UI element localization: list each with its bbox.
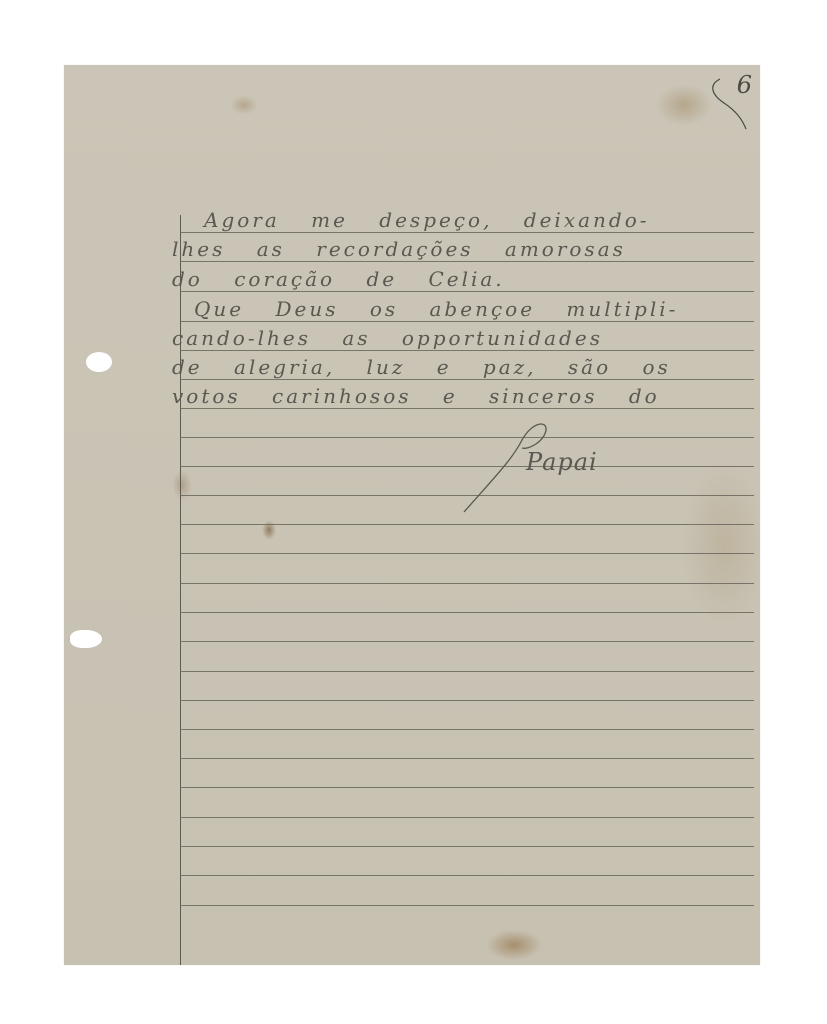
letter-line-7: votos carinhosos e sinceros do bbox=[172, 384, 752, 408]
ruled-line bbox=[180, 350, 754, 351]
ruled-line bbox=[180, 641, 754, 642]
ruled-line bbox=[180, 729, 754, 730]
ruled-line bbox=[180, 583, 754, 584]
signature: Papai bbox=[526, 448, 598, 476]
ruled-line bbox=[180, 787, 754, 788]
ruled-line bbox=[180, 671, 754, 672]
ruled-line bbox=[180, 612, 754, 613]
punch-hole-top bbox=[86, 352, 112, 372]
ruled-line bbox=[180, 817, 754, 818]
letter-line-1: Agora me despeço, deixando- bbox=[204, 208, 752, 232]
ruled-line bbox=[180, 524, 754, 525]
letter-line-2: lhes as recordações amorosas bbox=[172, 237, 752, 261]
ruled-line bbox=[180, 321, 754, 322]
ruled-line bbox=[180, 291, 754, 292]
letter-page: 6 Agora me despeço, deixando- lhes as re… bbox=[64, 65, 760, 965]
page-number: 6 bbox=[737, 71, 752, 99]
punch-hole-bottom bbox=[70, 630, 102, 648]
ruled-line bbox=[180, 846, 754, 847]
ruled-line bbox=[180, 905, 754, 906]
ruled-line bbox=[180, 379, 754, 380]
letter-line-3: do coração de Celia. bbox=[172, 267, 752, 291]
ruled-line bbox=[180, 758, 754, 759]
ruled-line bbox=[180, 553, 754, 554]
ruled-line bbox=[180, 232, 754, 233]
letter-line-6: de alegria, luz e paz, são os bbox=[172, 355, 752, 379]
ruled-line bbox=[180, 408, 754, 409]
letter-line-5: cando-lhes as opportunidades bbox=[172, 326, 752, 350]
ruled-line bbox=[180, 875, 754, 876]
ruled-line bbox=[180, 261, 754, 262]
letter-line-4: Que Deus os abençoe multipli- bbox=[194, 297, 752, 321]
ruled-line bbox=[180, 700, 754, 701]
